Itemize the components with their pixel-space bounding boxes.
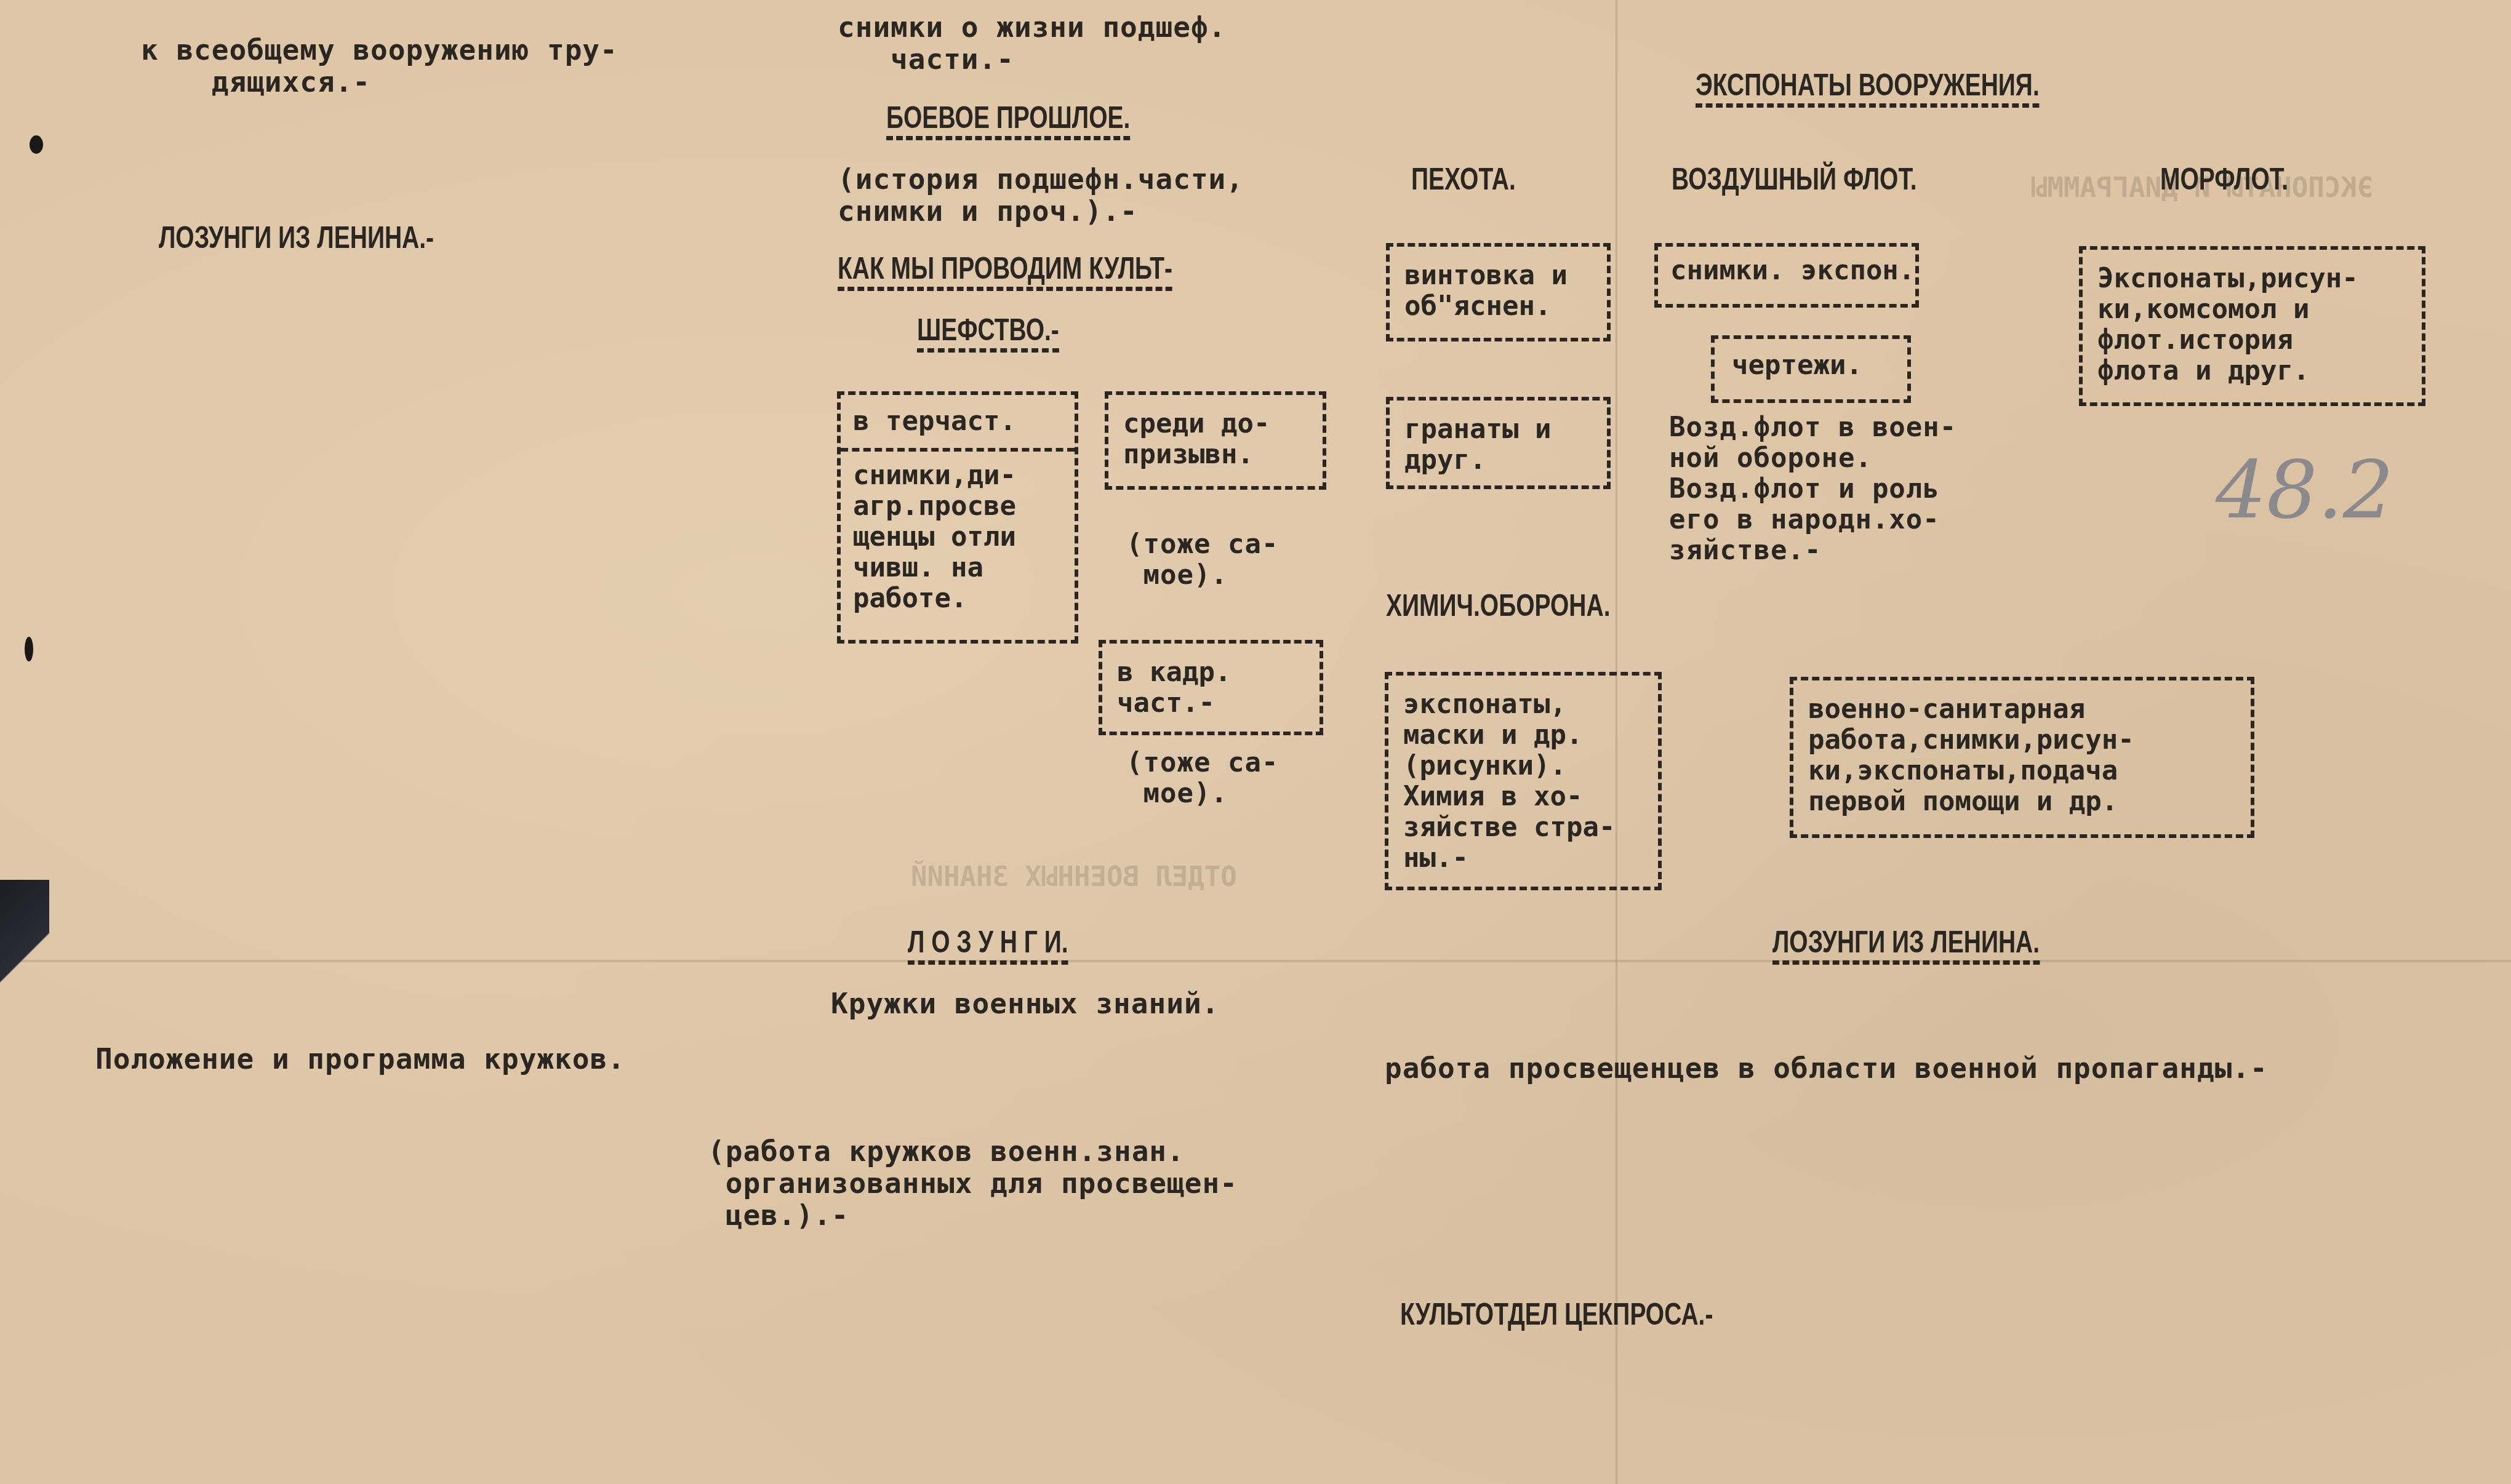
air-fleet-photos-text: снимки. экспон. <box>1670 255 1903 286</box>
punch-hole <box>25 637 33 661</box>
cadre-units-text: в кадр. част.- <box>1117 657 1305 719</box>
circles-desc-text: (работа кружков военн.знан. организованн… <box>708 1135 1238 1231</box>
infantry-rifle-box: винтовка и об"яснен. <box>1386 243 1611 341</box>
intro-text: к всеобщему вооружению тру- дящихся.- <box>141 34 618 98</box>
air-fleet-drawings-box: чертежи. <box>1711 335 1911 403</box>
air-fleet-heading: ВОЗДУШНЫЙ ФЛОТ. <box>1672 163 1917 195</box>
infantry-grenades-text: гранаты и друг. <box>1404 414 1592 476</box>
pre-conscripts-text: среди до- призывн. <box>1123 409 1308 470</box>
infantry-heading: ПЕХОТА. <box>1411 163 1516 195</box>
torn-corner <box>0 880 49 1034</box>
same-note-2: (тоже са- мое). <box>1126 748 1278 809</box>
slogans-heading: Л О З У Н Г И. <box>908 926 1068 965</box>
combat-past-desc: (история подшефн.части, снимки и проч.).… <box>838 163 1244 227</box>
navy-box: Экспонаты,рисун- ки,комсомол и флот.исто… <box>2079 246 2425 406</box>
medical-work-box: военно-санитарная работа,снимки,рисун- к… <box>1790 677 2254 838</box>
combat-past-heading: БОЕВОЕ ПРОШЛОЕ. <box>886 102 1130 140</box>
paper-fold-horizontal <box>0 960 2511 962</box>
territorial-units-body: снимки,ди- агр.просве щенцы отли чивш. н… <box>841 452 1075 623</box>
regulations-text: Положение и программа кружков. <box>95 1043 625 1075</box>
navy-heading: МОРФЛОТ. <box>2160 163 2288 195</box>
slogans-lenin-heading: ЛОЗУНГИ ИЗ ЛЕНИНА. <box>1772 926 2040 965</box>
military-circles-text: Кружки военных знаний. <box>831 987 1219 1019</box>
same-note-1: (тоже са- мое). <box>1126 529 1278 591</box>
territorial-units-box: в терчаст. снимки,ди- агр.просве щенцы о… <box>837 391 1078 644</box>
punch-hole <box>30 135 43 154</box>
handwritten-archive-number: 48.2 <box>2216 443 2393 537</box>
infantry-rifle-text: винтовка и об"яснен. <box>1404 260 1592 322</box>
slogans-lenin-left: ЛОЗУНГИ ИЗ ЛЕНИНА.- <box>159 221 434 253</box>
bleed-through-text: ОТДЕЛ ВОЕННЫХ ЗНАНИЙ <box>911 861 1237 893</box>
chemical-defense-heading: ХИМИЧ.ОБОРОНА. <box>1386 589 1611 621</box>
patronage-heading-line2: ШЕФСТВО.- <box>917 314 1059 353</box>
chemical-defense-box: экспонаты, маски и др. (рисунки). Химия … <box>1385 672 1662 890</box>
propaganda-work-text: работа просвещенцев в области военной пр… <box>1385 1052 2268 1084</box>
chemical-defense-text: экспонаты, маски и др. (рисунки). Химия … <box>1403 689 1643 874</box>
photos-patron-unit-text: снимки о жизни подшеф. части.- <box>838 11 1226 75</box>
territorial-units-title: в терчаст. <box>841 395 1075 452</box>
pre-conscripts-box: среди до- призывн. <box>1105 391 1326 490</box>
armament-exhibits-heading: ЭКСПОНАТЫ ВООРУЖЕНИЯ. <box>1696 69 2040 108</box>
air-fleet-desc: Возд.флот в воен- ной обороне. Возд.флот… <box>1669 412 1956 566</box>
air-fleet-photos-box: снимки. экспон. <box>1654 243 1919 308</box>
infantry-grenades-box: гранаты и друг. <box>1386 397 1611 489</box>
cadre-units-box: в кадр. част.- <box>1099 640 1323 735</box>
signature-culture-dept: КУЛЬТОТДЕЛ ЦЕКПРОСА.- <box>1400 1298 1713 1330</box>
air-fleet-drawings-text: чертежи. <box>1732 350 1890 381</box>
patronage-heading-line1: КАК МЫ ПРОВОДИМ КУЛЬТ- <box>838 252 1172 291</box>
medical-work-text: военно-санитарная работа,снимки,рисун- к… <box>1808 694 2236 817</box>
navy-box-text: Экспонаты,рисун- ки,комсомол и флот.исто… <box>2097 263 2407 386</box>
